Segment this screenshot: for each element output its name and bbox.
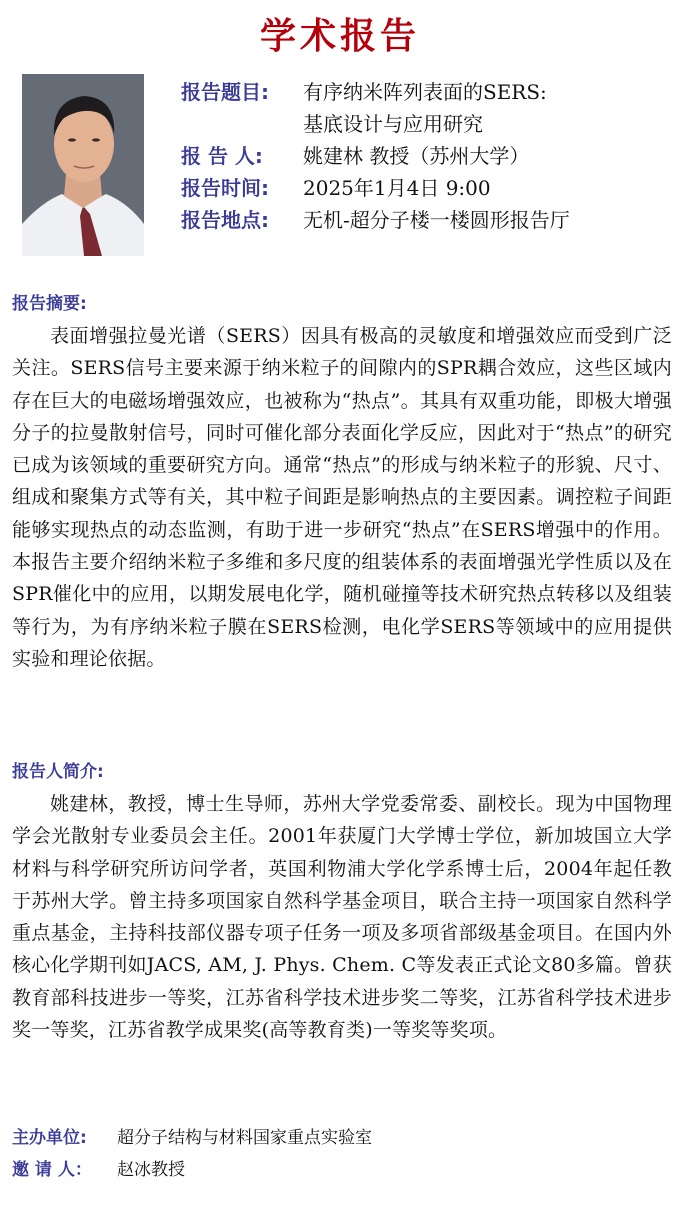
topic-value-line1: 有序纳米阵列表面的SERS: bbox=[303, 76, 547, 108]
topic-label: 报告题目: bbox=[181, 76, 303, 108]
portrait-image bbox=[22, 74, 144, 256]
speaker-value: 姚建林 教授（苏州大学） bbox=[303, 140, 529, 172]
time-label: 报告时间: bbox=[181, 172, 303, 204]
abstract-text: 表面增强拉曼光谱（SERS）因具有极高的灵敏度和增强效应而受到广泛关注。SERS… bbox=[12, 320, 672, 675]
speaker-label: 报 告 人: bbox=[181, 140, 303, 172]
bio-text: 姚建林，教授，博士生导师，苏州大学党委常委、副校长。现为中国物理学会光散射专业委… bbox=[12, 788, 672, 1046]
inviter-label: 邀 请 人： bbox=[12, 1154, 117, 1186]
report-info: 报告题目: 有序纳米阵列表面的SERS: 基底设计与应用研究 报 告 人: 姚建… bbox=[181, 76, 671, 236]
inviter-row: 邀 请 人： 赵冰教授 bbox=[12, 1154, 672, 1186]
inviter-value: 赵冰教授 bbox=[117, 1154, 185, 1186]
bio-section: 报告人简介: 姚建林，教授，博士生导师，苏州大学党委常委、副校长。现为中国物理学… bbox=[12, 760, 672, 1046]
speaker-photo bbox=[22, 74, 144, 256]
location-value: 无机-超分子楼一楼圆形报告厅 bbox=[303, 204, 570, 236]
host-label: 主办单位: bbox=[12, 1122, 117, 1154]
time-row: 报告时间: 2025年1月4日 9:00 bbox=[181, 172, 671, 204]
topic-value-line2: 基底设计与应用研究 bbox=[303, 108, 483, 140]
abstract-section: 报告摘要: 表面增强拉曼光谱（SERS）因具有极高的灵敏度和增强效应而受到广泛关… bbox=[12, 292, 672, 675]
abstract-heading: 报告摘要: bbox=[12, 292, 672, 316]
location-label: 报告地点: bbox=[181, 204, 303, 236]
host-row: 主办单位: 超分子结构与材料国家重点实验室 bbox=[12, 1122, 672, 1154]
location-row: 报告地点: 无机-超分子楼一楼圆形报告厅 bbox=[181, 204, 671, 236]
speaker-row: 报 告 人: 姚建林 教授（苏州大学） bbox=[181, 140, 671, 172]
host-value: 超分子结构与材料国家重点实验室 bbox=[117, 1122, 372, 1154]
topic-row: 报告题目: 有序纳米阵列表面的SERS: bbox=[181, 76, 671, 108]
topic-row-continued: 基底设计与应用研究 bbox=[181, 108, 671, 140]
bio-heading: 报告人简介: bbox=[12, 760, 672, 784]
footer-section: 主办单位: 超分子结构与材料国家重点实验室 邀 请 人： 赵冰教授 bbox=[12, 1122, 672, 1186]
page-title: 学术报告 bbox=[0, 12, 680, 62]
time-value: 2025年1月4日 9:00 bbox=[303, 172, 491, 204]
